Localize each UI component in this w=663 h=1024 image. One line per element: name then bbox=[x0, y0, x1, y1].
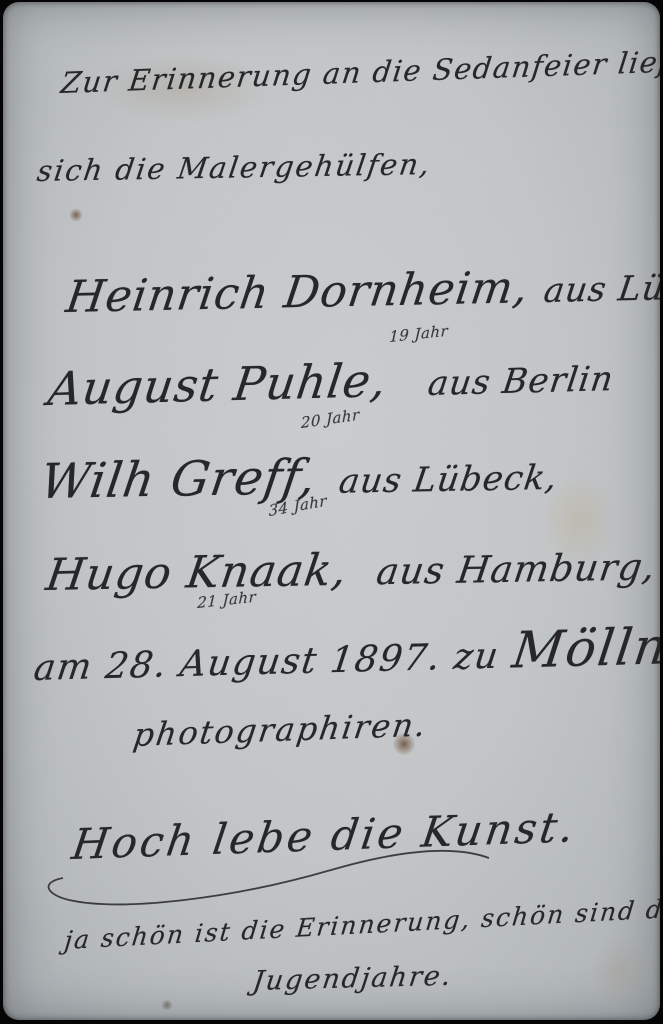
photo-card-back: Zur Erinnerung an die Sedanfeier ließen … bbox=[3, 2, 660, 1020]
closing-line-1: ja schön ist die Erinnerung, schön sind … bbox=[63, 893, 660, 955]
entry-origin: aus Lübeck, bbox=[337, 458, 561, 502]
action-line: photographiren. bbox=[131, 706, 430, 754]
entry-origin: aus Berlin bbox=[426, 359, 617, 404]
entry-row-puhle: August Puhle, aus Berlin bbox=[45, 347, 618, 416]
entry-age: 19 Jahr bbox=[389, 322, 448, 346]
toast-line: Hoch lebe die Kunst. bbox=[69, 802, 580, 869]
paper-stain bbox=[591, 936, 651, 1006]
date-text: am 28. August 1897. zu bbox=[31, 635, 514, 689]
inscription-line-2: sich die Malergehülfen, bbox=[35, 147, 434, 188]
entry-age: 20 Jahr bbox=[301, 406, 360, 432]
entry-origin: aus Hamburg, bbox=[374, 545, 659, 593]
ink-spot bbox=[69, 208, 83, 222]
closing-line-2: Jugendjahre. bbox=[251, 961, 455, 997]
photograph-backdrop: Zur Erinnerung an die Sedanfeier ließen … bbox=[0, 0, 663, 1024]
inscription-line-1: Zur Erinnerung an die Sedanfeier ließen bbox=[59, 43, 660, 100]
entry-origin: aus Lübeck, bbox=[541, 266, 660, 311]
entry-row-knaak: Hugo Knaak, aus Hamburg, bbox=[43, 539, 659, 601]
ink-spot bbox=[161, 1000, 173, 1010]
entry-row-dornheim: Heinrich Dornheim, aus Lübeck, bbox=[63, 257, 660, 323]
place-name: Mölln bbox=[509, 617, 660, 679]
entry-name: August Puhle, bbox=[45, 353, 390, 416]
date-line: am 28. August 1897. zu Mölln bbox=[31, 617, 660, 692]
entry-name: Hugo Knaak, bbox=[43, 545, 351, 601]
entry-name: Heinrich Dornheim, bbox=[63, 262, 532, 323]
